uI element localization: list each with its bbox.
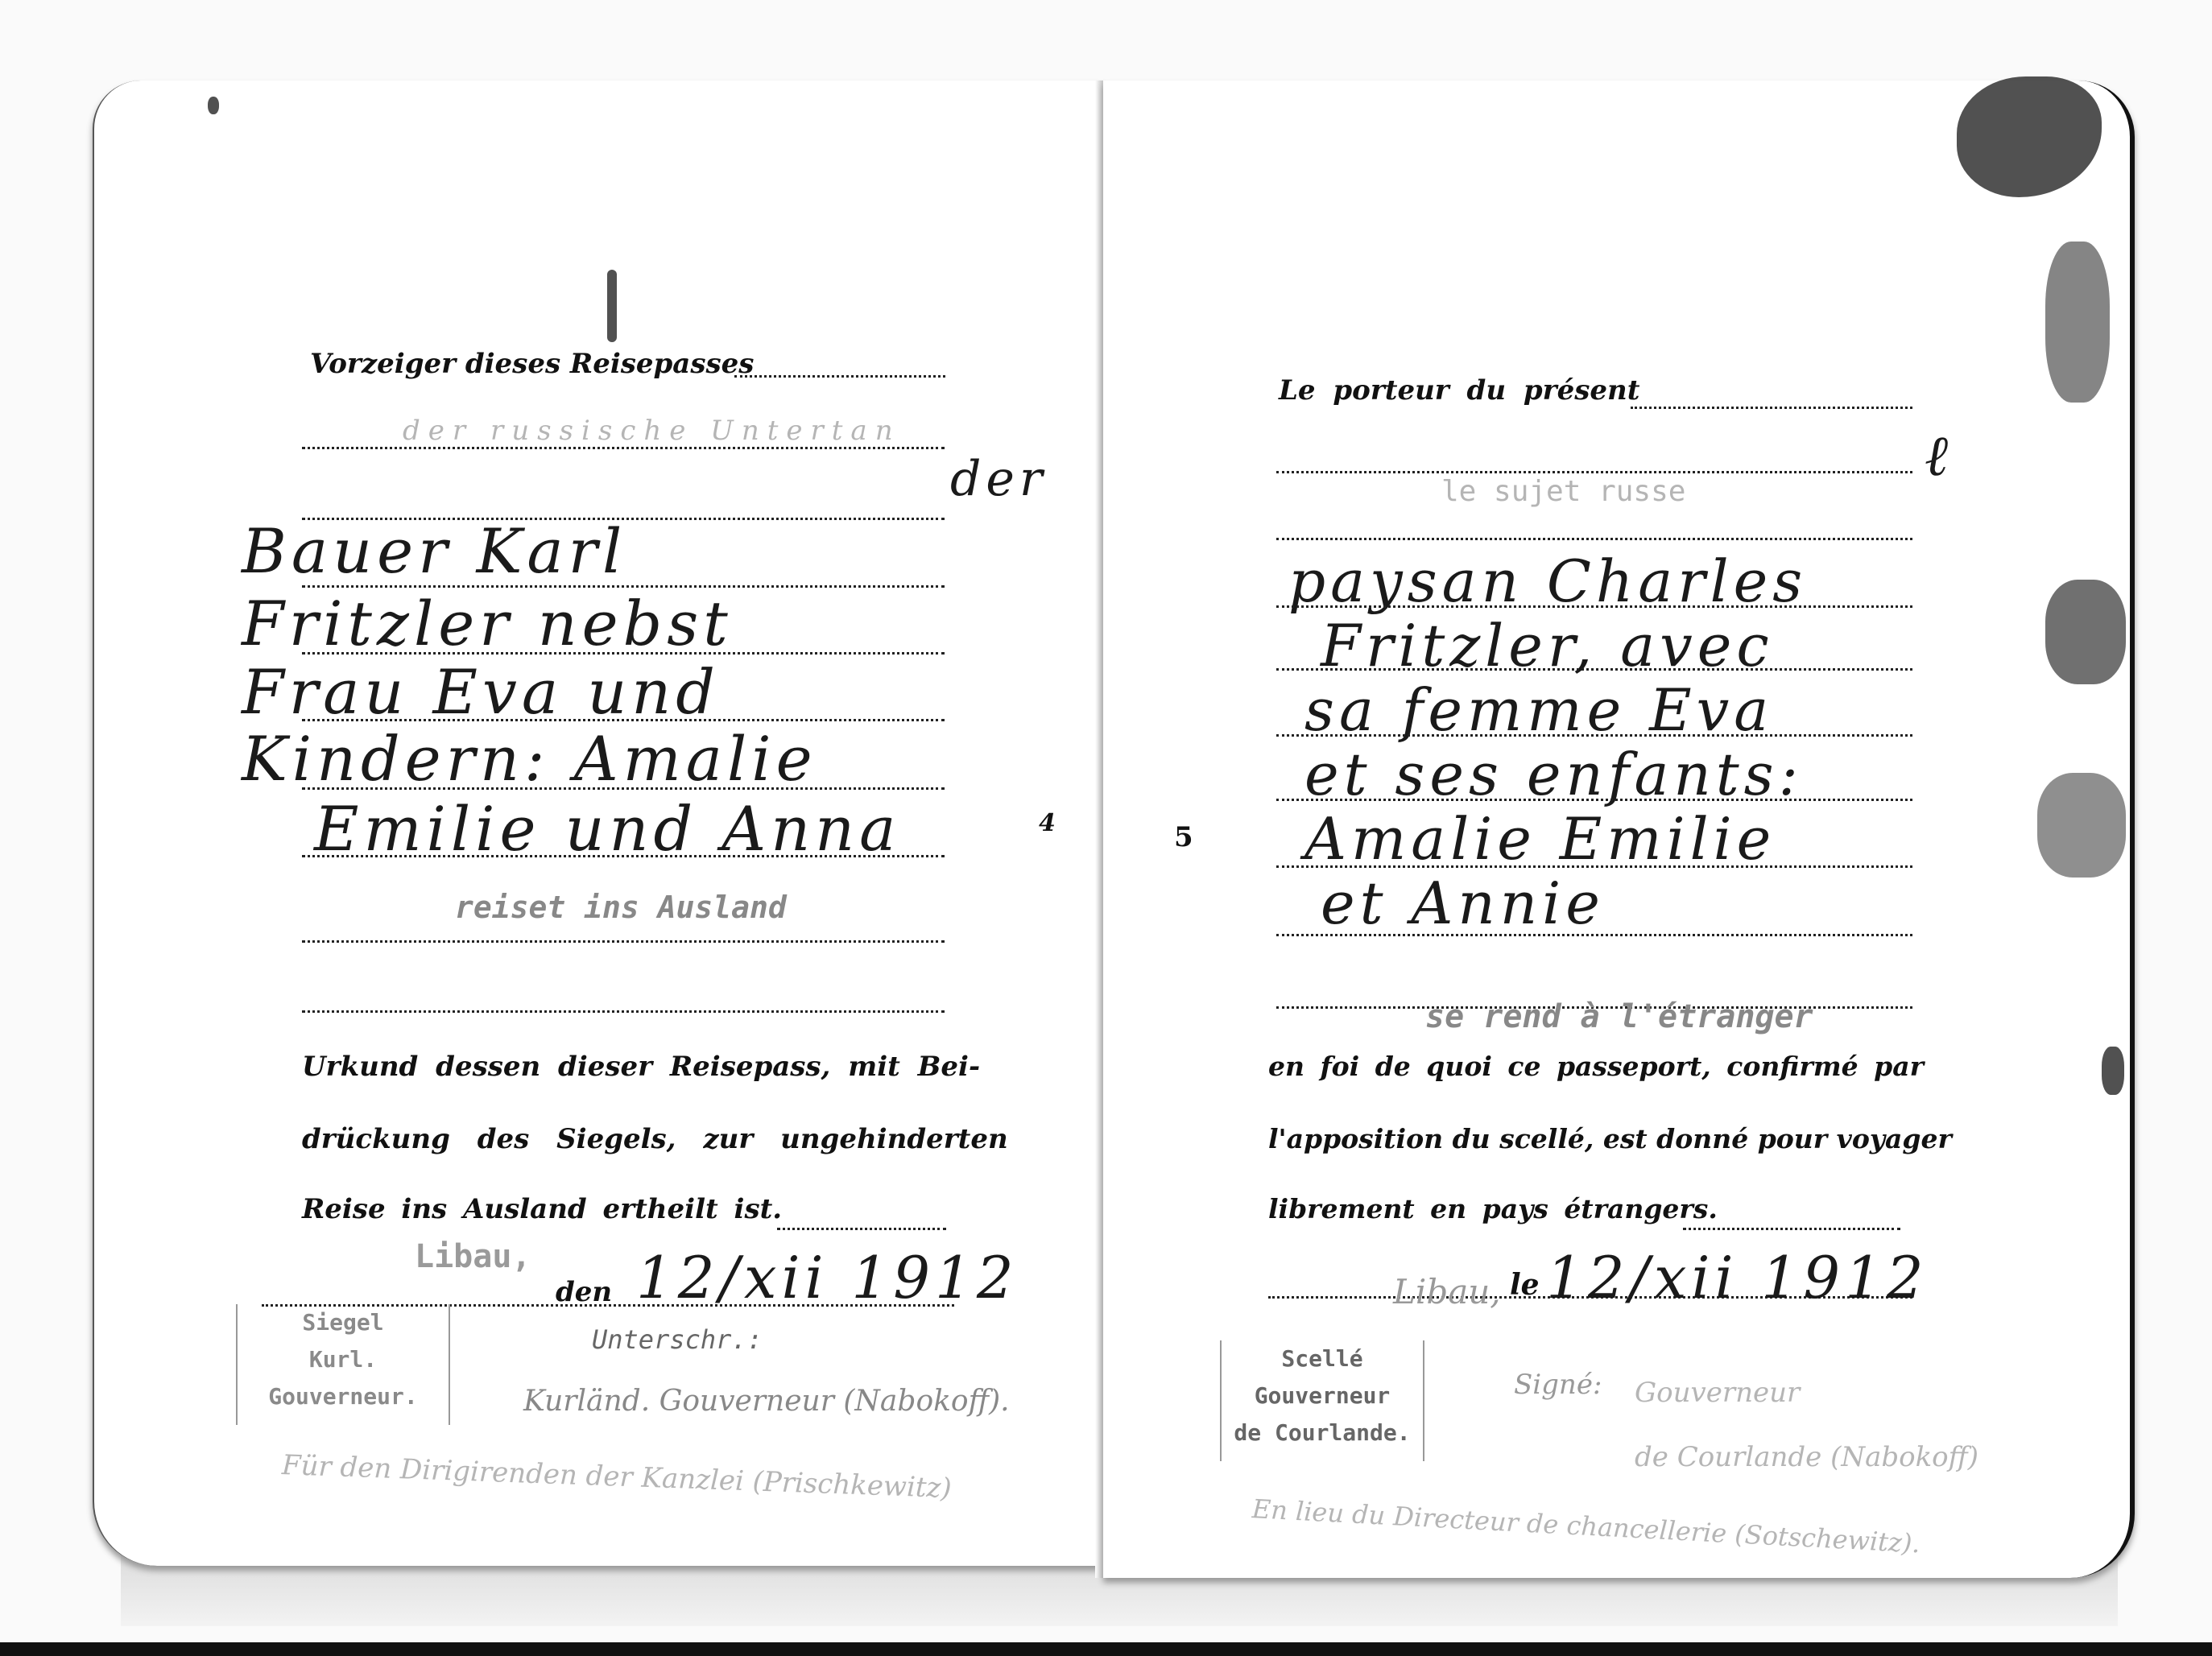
certification-de-2: drückung des Siegels, zur ungehinderten	[302, 1123, 1008, 1155]
certification-fr-2: l'apposition du scellé, est donné pour v…	[1268, 1123, 1952, 1154]
fill-line	[302, 652, 945, 655]
fill-line	[302, 940, 945, 943]
page-number: 5	[1174, 821, 1193, 853]
fill-line	[302, 719, 945, 721]
seal-line: de Courlande.	[1222, 1414, 1423, 1452]
seal-stamp-de: Siegel Kurl. Gouverneur.	[236, 1304, 450, 1425]
signatory-de: Kurländ. Gouverneur (Nabokoff).	[523, 1385, 1010, 1418]
fill-line	[1631, 407, 1912, 409]
ink-blot-icon	[607, 270, 617, 342]
seal-line: Gouverneur.	[238, 1378, 449, 1415]
stamp-subject-faint-fr: le sujet russe	[1441, 475, 1685, 508]
fill-line	[1276, 865, 1912, 868]
ink-stain-icon	[2045, 580, 2126, 684]
handwritten-line-1: Bauer Karl	[242, 515, 626, 587]
fill-line	[1276, 471, 1912, 473]
seal-line: Scellé	[1222, 1340, 1423, 1377]
handwritten-line-fr-5: Amalie Emilie	[1304, 805, 1776, 873]
bearer-label-de: Vorzeiger dieses Reisepasses	[310, 348, 754, 380]
seal-line: Kurl.	[238, 1341, 449, 1378]
handwritten-line-2: Fritzler nebst	[242, 588, 733, 659]
seal-line: Siegel	[238, 1304, 449, 1341]
fill-line	[1276, 538, 1912, 540]
ink-stain-icon	[2037, 773, 2126, 878]
ink-stain-icon	[2102, 1047, 2124, 1095]
fill-line	[1276, 799, 1912, 801]
seal-stamp-fr: Scellé Gouverneur de Courlande.	[1220, 1340, 1424, 1461]
scanner-edge	[0, 1642, 2212, 1656]
fill-line	[302, 787, 945, 790]
fill-line	[1276, 734, 1912, 737]
signed-label-fr: Signé:	[1514, 1369, 1602, 1401]
signed-label-de: Unterschr.:	[592, 1324, 763, 1355]
certification-fr-1: en foi de quoi ce passeport, confirmé pa…	[1268, 1051, 1924, 1082]
place-stamp-de: Libau,	[415, 1238, 531, 1275]
ink-blot-icon	[208, 97, 219, 114]
ink-stain-icon	[2045, 242, 2110, 403]
signatory-fr-1: Gouverneur	[1635, 1377, 1800, 1409]
fill-line	[302, 855, 945, 857]
fill-line	[1683, 1228, 1900, 1230]
date-handwritten-de: 12/xii 1912	[636, 1244, 1019, 1311]
seal-line: Gouverneur	[1222, 1377, 1423, 1414]
handwritten-der: der	[950, 451, 1048, 507]
stamp-travel-fr: se rend à l'étranger	[1425, 998, 1813, 1035]
fill-line	[1276, 668, 1912, 671]
date-prefix-fr: le	[1510, 1268, 1540, 1302]
signatory-fr-2: de Courlande (Nabokoff)	[1635, 1441, 1978, 1473]
handwritten-line-fr-6: et Annie	[1321, 869, 1605, 937]
handwritten-line-4: Kindern: Amalie	[242, 723, 817, 795]
place-stamp-fr: Libau,	[1393, 1272, 1501, 1311]
fill-line	[777, 1228, 946, 1230]
fill-line	[302, 1010, 945, 1013]
handwritten-line-3: Frau Eva und	[242, 656, 720, 728]
certification-fr-3: librement en pays étrangers.	[1268, 1193, 1718, 1224]
margin-mark: 4	[1039, 809, 1056, 837]
fill-line	[734, 375, 945, 378]
date-handwritten-fr: 12/xii 1912	[1546, 1244, 1929, 1311]
fill-line	[302, 447, 945, 449]
bearer-label-fr: Le porteur du présent	[1279, 374, 1639, 407]
stamp-subject-faint: der russische Untertan	[403, 415, 901, 447]
stamp-travel-de: reiset ins Ausland	[455, 890, 787, 925]
handwritten-line-5: Emilie und Anna	[314, 793, 900, 865]
fill-line	[1276, 934, 1912, 936]
flourish-mark: ℓ	[1925, 423, 1953, 489]
certification-de-3: Reise ins Ausland ertheilt ist.	[302, 1193, 782, 1225]
certification-de-1: Urkund dessen dieser Reisepass, mit Bei-	[302, 1051, 980, 1083]
date-prefix-de: den	[556, 1276, 612, 1308]
fill-line	[1276, 605, 1912, 608]
